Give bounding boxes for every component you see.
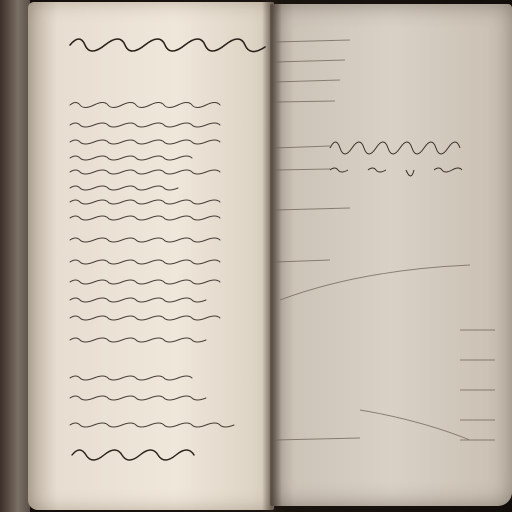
handwriting-strokes — [0, 0, 512, 512]
